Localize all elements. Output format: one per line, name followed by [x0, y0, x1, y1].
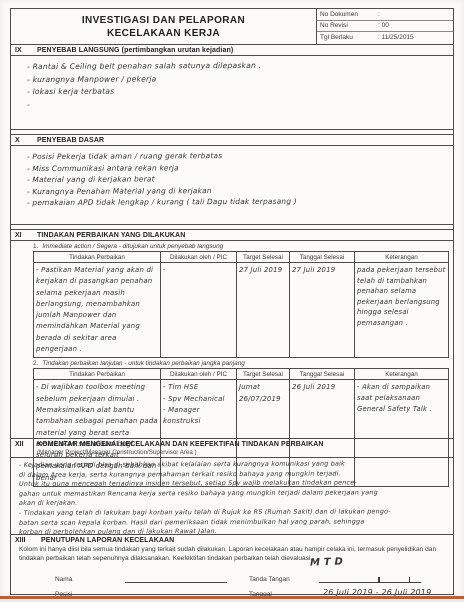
- section-xiii-number: XIII: [15, 537, 41, 544]
- form-title: INVESTIGASI DAN PELAPORAN KECELAKAAN KER…: [11, 9, 316, 44]
- signature-left-column: Nama Posisi: [55, 568, 249, 598]
- form-title-line2: KECELAKAAN KERJA: [11, 27, 316, 40]
- col-header-pic: Dilakukan oleh / PIC: [161, 369, 237, 380]
- revision-row: No Revisi : 00: [317, 21, 453, 33]
- section-basic-causes: X PENYEBAB DASAR - Posisi Pekerja tidak …: [11, 135, 453, 224]
- pic-cell: -: [161, 263, 237, 358]
- signature-right-column: Tanda Tangan Tanggal 26 Juli 2019 - 26 J…: [249, 568, 443, 598]
- effective-date-row: Tgl Berlaku : 11/25/2015: [317, 32, 453, 44]
- immediate-action-text: Immediate action / Segera - ditujukan un…: [42, 243, 223, 250]
- action-cell: - Pastikan Material yang akan di kerjaka…: [34, 263, 161, 358]
- document-info-box: No Dokumen : No Revisi : 00 Tgl Berlaku …: [316, 9, 453, 44]
- section-ix-header: IX PENYEBAB LANGSUNG (pertimbangkan urut…: [11, 45, 453, 56]
- section-x-title: PENYEBAB DASAR: [37, 137, 104, 144]
- section-direct-causes: IX PENYEBAB LANGSUNG (pertimbangkan urut…: [11, 45, 453, 129]
- effective-date-value: : 11/25/2015: [378, 34, 450, 41]
- basic-causes-list: - Posisi Pekerja tidak aman / ruang gera…: [11, 146, 453, 208]
- section-xi-title: TINDAKAN PERBAIKAN YANG DILAKUKAN: [37, 232, 185, 239]
- immediate-action-number: 1.: [33, 243, 38, 250]
- signature-input-line[interactable]: [319, 572, 421, 583]
- list-item: - pemakaian APD tidak lengkap / kurang (…: [27, 195, 447, 209]
- signature-label: Tanda Tangan: [249, 576, 319, 583]
- section-xii-header: XII KOMENTAR MENGENAI KECELAKAAN DAN KEE…: [11, 439, 453, 448]
- col-header-action: Tindakan Perbaikan: [34, 369, 161, 380]
- col-header-target: Target Selesai: [237, 252, 290, 263]
- section-xi-number: XI: [15, 232, 37, 239]
- section-corrective-actions: XI TINDAKAN PERBAIKAN YANG DILAKUKAN 1.I…: [11, 230, 453, 438]
- section-ix-title: PENYEBAB LANGSUNG (pertimbangkan urutan …: [37, 47, 233, 54]
- table-header-row: Tindakan Perbaikan Dilakukan oleh / PIC …: [34, 369, 449, 380]
- section-comments: XII KOMENTAR MENGENAI KECELAKAAN DAN KEE…: [11, 438, 453, 534]
- col-header-note: Keterangan: [355, 369, 449, 380]
- evaluator-initials-handwriting: M T D: [310, 556, 343, 568]
- closure-statement: Kolom ini hanya diisi bila semua tindaka…: [11, 544, 453, 563]
- pic-item: - Tim HSE: [163, 382, 234, 393]
- list-item: -: [27, 96, 447, 111]
- signature-tick-icon: [409, 577, 411, 583]
- revision-label: No Revisi: [320, 22, 378, 29]
- direct-causes-list: - Rantai & Ceiling belt penahan salah sa…: [11, 56, 453, 110]
- completion-date-cell: 27 Juli 2019: [290, 263, 355, 358]
- section-x-number: X: [15, 137, 37, 144]
- signature-tick-icon: [378, 577, 380, 583]
- section-x-header: X PENYEBAB DASAR: [11, 135, 453, 146]
- section-xii-number: XII: [15, 441, 37, 448]
- col-header-done: Tanggal Selesai: [290, 369, 355, 380]
- col-header-pic: Dilakukan oleh / PIC: [161, 252, 237, 263]
- followup-action-label: 2.Tindakan perbaikan lanjutan - untuk ti…: [11, 358, 453, 368]
- followup-action-number: 2.: [33, 360, 38, 367]
- pic-item: - Manager konstruksi: [163, 405, 234, 428]
- immediate-action-label: 1.Immediate action / Segera - ditujukan …: [11, 241, 453, 251]
- name-field: Nama: [55, 568, 249, 583]
- form-title-line1: INVESTIGASI DAN PELAPORAN: [11, 14, 316, 27]
- revision-value: : 00: [378, 22, 450, 29]
- comments-handwriting: - Kejadian yang terjadi bisa di sebabkan…: [11, 458, 453, 537]
- table-header-row: Tindakan Perbaikan Dilakukan oleh / PIC …: [34, 252, 449, 263]
- col-header-action: Tindakan Perbaikan: [34, 252, 161, 263]
- signature-field: Tanda Tangan: [249, 568, 443, 583]
- remarks-cell: pada pekerjaan tersebut telah di tambahk…: [355, 263, 449, 358]
- section-xi-header: XI TINDAKAN PERBAIKAN YANG DILAKUKAN: [11, 230, 453, 241]
- doc-number-label: No Dokumen: [320, 11, 378, 18]
- pic-item: - Spv Mechanical: [163, 394, 234, 405]
- name-label: Nama: [55, 576, 125, 583]
- table-row: - Pastikan Material yang akan di kerjaka…: [34, 263, 449, 358]
- section-xiii-title: PENUTUPAN LAPORAN KECELAKAAN: [41, 537, 174, 544]
- section-xii-title: KOMENTAR MENGENAI KECELAKAAN DAN KEEFEKT…: [37, 441, 324, 448]
- accident-report-form: INVESTIGASI DAN PELAPORAN KECELAKAAN KER…: [10, 8, 454, 595]
- target-date-cell: 27 Juli 2019: [237, 263, 290, 358]
- col-header-done: Tanggal Selesai: [290, 252, 355, 263]
- section-xiii-header: XIII PENUTUPAN LAPORAN KECELAKAAN: [11, 535, 453, 544]
- section-ix-number: IX: [15, 47, 37, 54]
- name-input-line[interactable]: [125, 572, 227, 583]
- immediate-actions-table: Tindakan Perbaikan Dilakukan oleh / PIC …: [33, 251, 449, 358]
- followup-action-text: Tindakan perbaikan lanjutan - untuk tind…: [42, 360, 244, 367]
- col-header-target: Target Selesai: [237, 369, 290, 380]
- form-header: INVESTIGASI DAN PELAPORAN KECELAKAAN KER…: [11, 9, 453, 45]
- section-report-closure: XIII PENUTUPAN LAPORAN KECELAKAAN Kolom …: [11, 534, 453, 596]
- effective-date-label: Tgl Berlaku: [320, 34, 378, 41]
- doc-number-row: No Dokumen :: [317, 9, 453, 21]
- col-header-note: Keterangan: [355, 252, 449, 263]
- scanned-form-page: INVESTIGASI DAN PELAPORAN KECELAKAAN KER…: [0, 0, 464, 596]
- signature-block: Nama Posisi Tanda Tangan Tanggal: [11, 568, 453, 598]
- doc-number-value: :: [378, 11, 450, 18]
